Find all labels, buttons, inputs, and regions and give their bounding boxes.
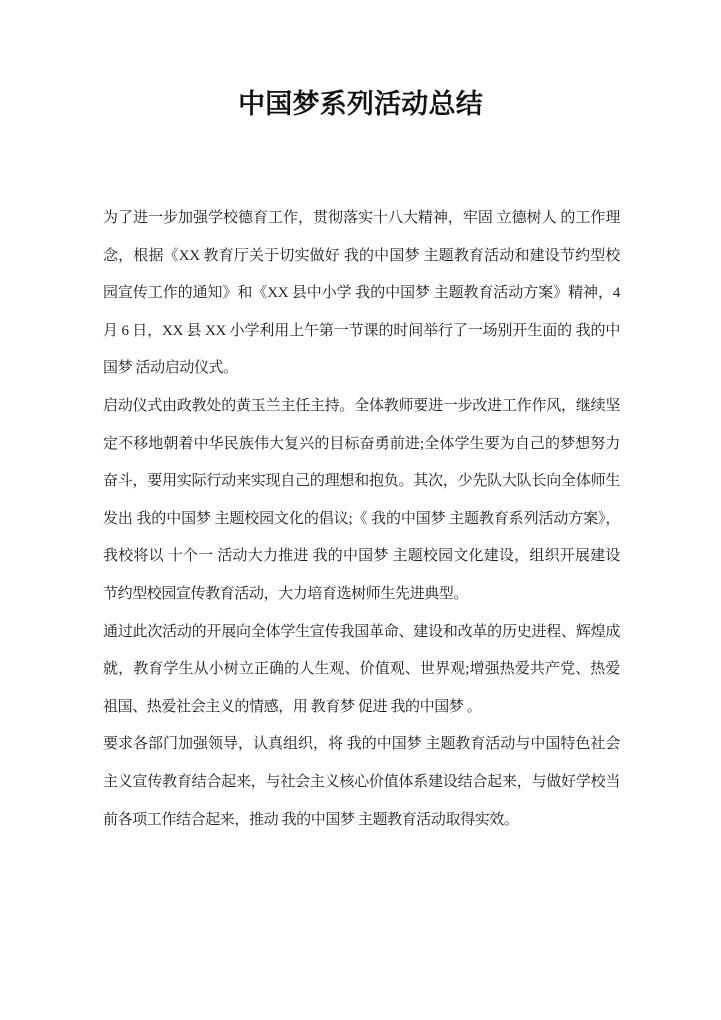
- text-line: 要求各部门加强领导，认真组织，将 我的中国梦 主题教育活动与中国特色社会: [103, 726, 620, 764]
- text-line: 为了进一步加强学校德育工作，贯彻落实十八大精神，牢固 立德树人 的工作理: [103, 200, 620, 238]
- document-page: 中国梦系列活动总结 为了进一步加强学校德育工作，贯彻落实十八大精神，牢固 立德树…: [0, 0, 721, 1020]
- text-line: 主义宣传教育结合起来，与社会主义核心价值体系建设结合起来，与做好学校当: [103, 764, 620, 802]
- text-line: 奋斗，要用实际行动来实现自己的理想和抱负。其次，少先队大队长向全体师生: [103, 463, 620, 501]
- text-line: 启动仪式由政教处的黄玉兰主任主持。全体教师要进一步改进工作作风，继续坚: [103, 388, 620, 426]
- text-line: 定不移地朝着中华民族伟大复兴的目标奋勇前进;全体学生要为自己的梦想努力: [103, 426, 620, 464]
- paragraph-1: 为了进一步加强学校德育工作，贯彻落实十八大精神，牢固 立德树人 的工作理 念，根…: [103, 200, 620, 388]
- text-line: 我校将以 十个一 活动大力推进 我的中国梦 主题校园文化建设，组织开展建设: [103, 538, 620, 576]
- text-line: 就，教育学生从小树立正确的人生观、价值观、世界观;增强热爱共产党、热爱: [103, 651, 620, 689]
- text-line: 前各项工作结合起来，推动 我的中国梦 主题教育活动取得实效。: [103, 802, 620, 840]
- text-line: 节约型校园宣传教育活动，大力培育选树师生先进典型。: [103, 576, 620, 614]
- text-line: 祖国、热爱社会主义的情感，用 教育梦 促进 我的中国梦 。: [103, 689, 620, 727]
- text-line: 念，根据《XX 教育厅关于切实做好 我的中国梦 主题教育活动和建设节约型校: [103, 238, 620, 276]
- paragraph-3: 通过此次活动的开展向全体学生宣传我国革命、建设和改革的历史进程、辉煌成 就，教育…: [103, 614, 620, 727]
- text-line: 园宣传工作的通知》和《XX 县中小学 我的中国梦 主题教育活动方案》精神，4: [103, 275, 620, 313]
- document-title: 中国梦系列活动总结: [0, 84, 721, 124]
- text-line: 国梦 活动启动仪式。: [103, 350, 620, 388]
- text-line: 发出 我的中国梦 主题校园文化的倡议;《 我的中国梦 主题教育系列活动方案》，: [103, 501, 620, 539]
- paragraph-2: 启动仪式由政教处的黄玉兰主任主持。全体教师要进一步改进工作作风，继续坚 定不移地…: [103, 388, 620, 614]
- document-body: 为了进一步加强学校德育工作，贯彻落实十八大精神，牢固 立德树人 的工作理 念，根…: [103, 200, 620, 839]
- paragraph-4: 要求各部门加强领导，认真组织，将 我的中国梦 主题教育活动与中国特色社会 主义宣…: [103, 726, 620, 839]
- text-line: 通过此次活动的开展向全体学生宣传我国革命、建设和改革的历史进程、辉煌成: [103, 614, 620, 652]
- text-line: 月 6 日，XX 县 XX 小学利用上午第一节课的时间举行了一场别开生面的 我的…: [103, 313, 620, 351]
